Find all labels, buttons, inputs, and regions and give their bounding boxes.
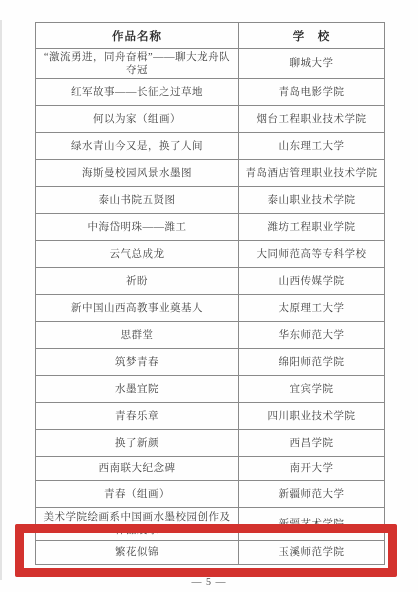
work-name-cell: 美术学院绘画系中国画水墨校园创作及作品展示 xyxy=(36,508,239,541)
school-cell: 华东师范大学 xyxy=(239,322,385,349)
school-cell: 泰山职业技术学院 xyxy=(239,187,385,214)
page-number: — 5 — xyxy=(0,577,418,588)
table-row: 云气总成龙大同师范高等专科学校 xyxy=(36,241,385,268)
school-cell: 烟台工程职业技术学院 xyxy=(239,106,385,133)
school-cell: 南开大学 xyxy=(239,457,385,481)
scan-edge-artifact xyxy=(0,20,2,580)
school-cell: 玉溪师范学院 xyxy=(239,541,385,565)
table-row: 新中国山西高教事业奠基人太原理工大学 xyxy=(36,295,385,322)
work-name-cell: 换了新颜 xyxy=(36,430,239,457)
table-row: 繁花似锦玉溪师范学院 xyxy=(36,541,385,565)
col-header-school: 学 校 xyxy=(239,23,385,49)
work-name-cell: “激流勇进，同舟奋楫”——聊大龙舟队夺冠 xyxy=(36,49,239,79)
work-name-cell: 海斯曼校园风景水墨图 xyxy=(36,160,239,187)
table-row: 西南联大纪念碑南开大学 xyxy=(36,457,385,481)
work-name-cell: 绿水青山今又是，换了人间 xyxy=(36,133,239,160)
school-cell: 聊城大学 xyxy=(239,49,385,79)
table-row: 换了新颜西昌学院 xyxy=(36,430,385,457)
table-row: 祈盼山西传媒学院 xyxy=(36,268,385,295)
school-cell: 山西传媒学院 xyxy=(239,268,385,295)
table-row: “激流勇进，同舟奋楫”——聊大龙舟队夺冠聊城大学 xyxy=(36,49,385,79)
school-cell: 大同师范高等专科学校 xyxy=(239,241,385,268)
work-name-cell: 思群堂 xyxy=(36,322,239,349)
work-name-cell: 祈盼 xyxy=(36,268,239,295)
table-header-row: 作品名称 学 校 xyxy=(36,23,385,49)
table-row: 青春（组画）新疆师范大学 xyxy=(36,481,385,508)
work-name-cell: 青春乐章 xyxy=(36,403,239,430)
table-row: 红军故事——长征之过草地青岛电影学院 xyxy=(36,79,385,106)
school-cell: 四川职业技术学院 xyxy=(239,403,385,430)
work-name-cell: 红军故事——长征之过草地 xyxy=(36,79,239,106)
col-header-work-name: 作品名称 xyxy=(36,23,239,49)
table-row: 绿水青山今又是，换了人间山东理工大学 xyxy=(36,133,385,160)
table-row: 海斯曼校园风景水墨图青岛酒店管理职业技术学院 xyxy=(36,160,385,187)
work-name-cell: 水墨宜院 xyxy=(36,376,239,403)
work-name-cell: 中海岱明珠——潍工 xyxy=(36,214,239,241)
school-cell: 新疆师范大学 xyxy=(239,481,385,508)
table-row: 中海岱明珠——潍工潍坊工程职业学院 xyxy=(36,214,385,241)
work-name-cell: 云气总成龙 xyxy=(36,241,239,268)
table-row: 何以为家（组画）烟台工程职业技术学院 xyxy=(36,106,385,133)
school-cell: 绵阳师范学院 xyxy=(239,349,385,376)
table-body: “激流勇进，同舟奋楫”——聊大龙舟队夺冠聊城大学红军故事——长征之过草地青岛电影… xyxy=(36,49,385,565)
school-cell: 青岛电影学院 xyxy=(239,79,385,106)
work-name-cell: 新中国山西高教事业奠基人 xyxy=(36,295,239,322)
document-page: 作品名称 学 校 “激流勇进，同舟奋楫”——聊大龙舟队夺冠聊城大学红军故事——长… xyxy=(0,0,418,592)
school-cell: 宜宾学院 xyxy=(239,376,385,403)
work-name-cell: 筑梦青春 xyxy=(36,349,239,376)
table-row: 青春乐章四川职业技术学院 xyxy=(36,403,385,430)
school-cell: 太原理工大学 xyxy=(239,295,385,322)
work-name-cell: 西南联大纪念碑 xyxy=(36,457,239,481)
school-cell: 西昌学院 xyxy=(239,430,385,457)
work-name-cell: 繁花似锦 xyxy=(36,541,239,565)
school-cell: 山东理工大学 xyxy=(239,133,385,160)
table-row: 泰山书院五贤图泰山职业技术学院 xyxy=(36,187,385,214)
awards-table: 作品名称 学 校 “激流勇进，同舟奋楫”——聊大龙舟队夺冠聊城大学红军故事——长… xyxy=(35,22,385,565)
school-cell: 新疆艺术学院 xyxy=(239,508,385,541)
work-name-cell: 何以为家（组画） xyxy=(36,106,239,133)
work-name-cell: 青春（组画） xyxy=(36,481,239,508)
table-row: 筑梦青春绵阳师范学院 xyxy=(36,349,385,376)
school-cell: 青岛酒店管理职业技术学院 xyxy=(239,160,385,187)
table-row: 思群堂华东师范大学 xyxy=(36,322,385,349)
work-name-cell: 泰山书院五贤图 xyxy=(36,187,239,214)
table-row: 水墨宜院宜宾学院 xyxy=(36,376,385,403)
school-cell: 潍坊工程职业学院 xyxy=(239,214,385,241)
table-row: 美术学院绘画系中国画水墨校园创作及作品展示新疆艺术学院 xyxy=(36,508,385,541)
